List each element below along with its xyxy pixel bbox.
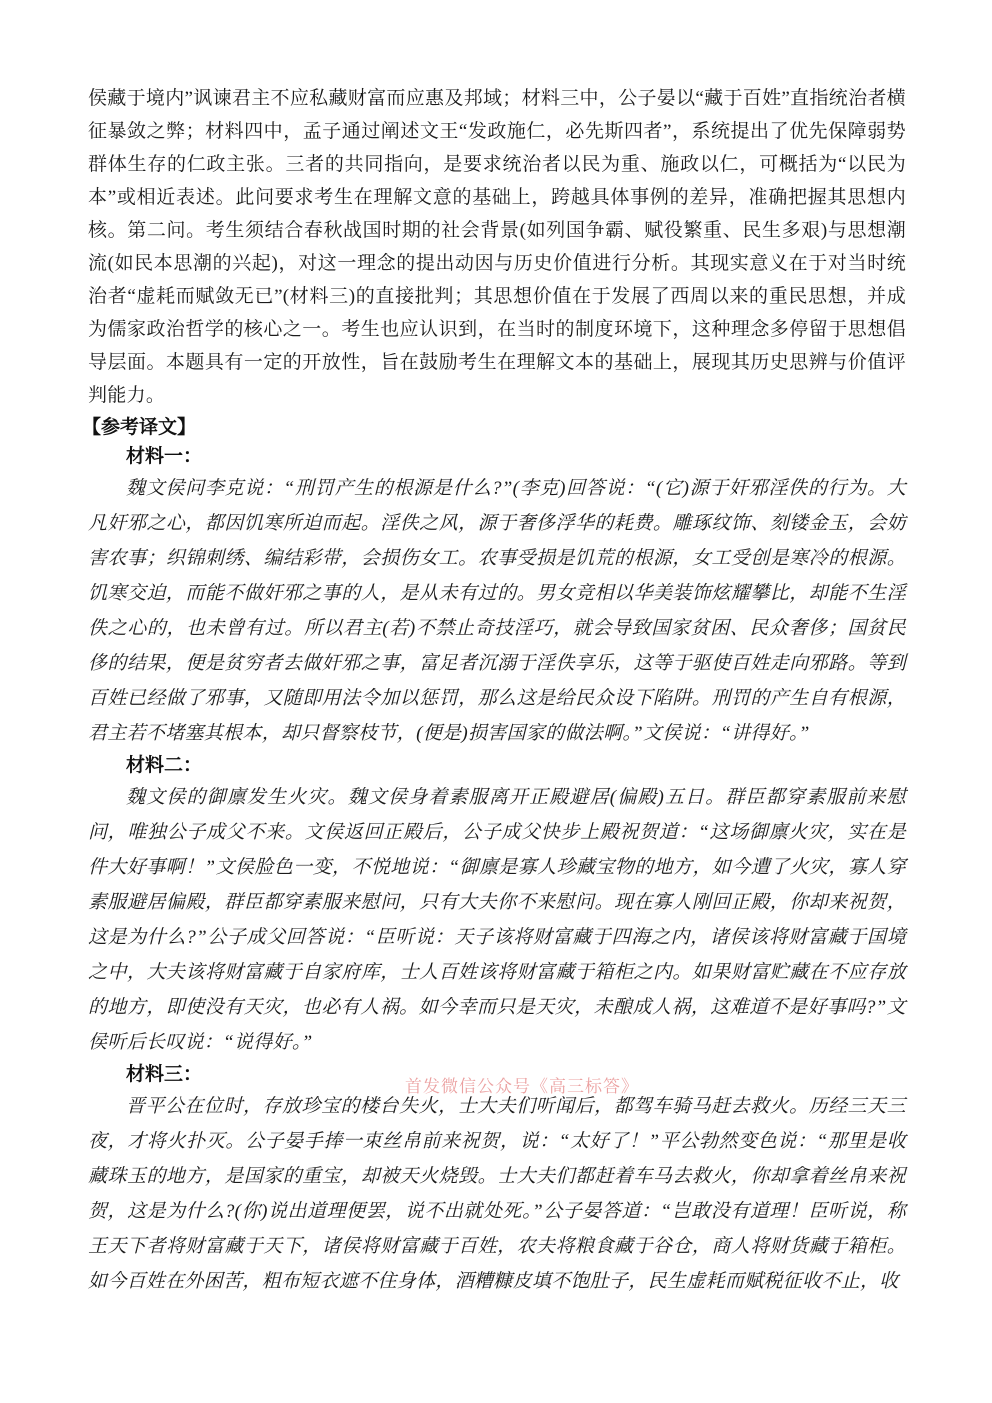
material-3-text: 晋平公在位时，存放珍宝的楼台失火，士大夫们听闻后，都驾车骑马赶去救火。历经三天三… [88, 1089, 906, 1299]
document-page: 首发微信公众号《高三标答》 侯藏于境内”讽谏君主不应私藏财富而应惠及邦域；材料三… [0, 0, 992, 1403]
page-content: 侯藏于境内”讽谏君主不应私藏财富而应惠及邦域；材料三中，公子晏以“藏于百姓”直指… [88, 82, 906, 1299]
material-3-heading: 材料三： [88, 1060, 906, 1089]
material-2-heading: 材料二： [88, 751, 906, 780]
analysis-paragraph: 侯藏于境内”讽谏君主不应私藏财富而应惠及邦域；材料三中，公子晏以“藏于百姓”直指… [88, 82, 906, 412]
material-2-text: 魏文侯的御廪发生火灾。魏文侯身着素服离开正殿避居(偏殿)五日。群臣都穿素服前来慰… [88, 780, 906, 1060]
material-1-heading: 材料一： [88, 442, 906, 471]
material-1-text: 魏文侯问李克说：“刑罚产生的根源是什么?”(李克)回答说：“(它)源于奸邪淫佚的… [88, 471, 906, 751]
reference-translation-heading: 【参考译文】 [82, 412, 906, 442]
